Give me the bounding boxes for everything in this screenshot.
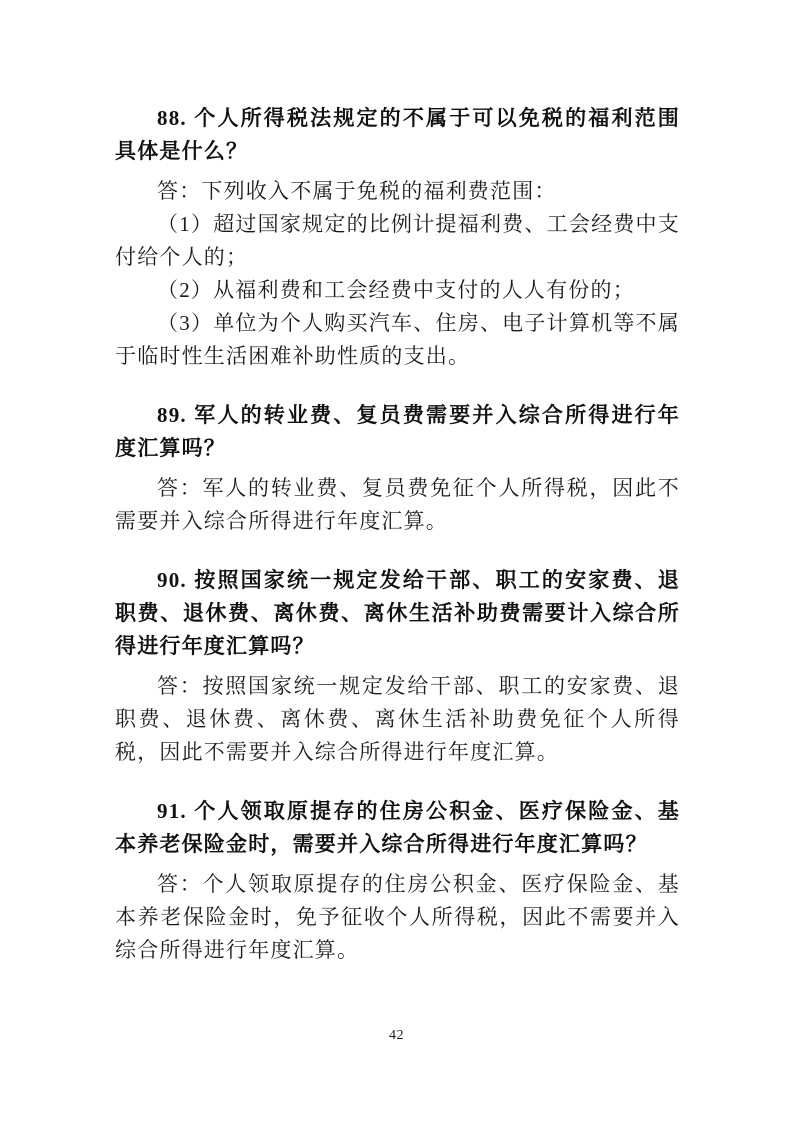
qa-section-88: 88. 个人所得税法规定的不属于可以免税的福利范围具体是什么？ 答：下列收入不属… [115,102,680,373]
question-88-heading: 88. 个人所得税法规定的不属于可以免税的福利范围具体是什么？ [115,102,680,168]
answer-88-item-1: （1）超过国家规定的比例计提福利费、工会经费中支付给个人的； [115,208,680,274]
answer-89-paragraph: 答：军人的转业费、复员费免征个人所得税，因此不需要并入综合所得进行年度汇算。 [115,472,680,538]
answer-91-paragraph: 答：个人领取原提存的住房公积金、医疗保险金、基本养老保险金时，免予征收个人所得税… [115,868,680,967]
page-number: 42 [389,1028,404,1043]
answer-88-intro: 答：下列收入不属于免税的福利费范围： [115,175,680,208]
qa-section-89: 89. 军人的转业费、复员费需要并入综合所得进行年度汇算吗？ 答：军人的转业费、… [115,399,680,538]
qa-section-91: 91. 个人领取原提存的住房公积金、医疗保险金、基本养老保险金时，需要并入综合所… [115,795,680,967]
qa-section-90: 90. 按照国家统一规定发给干部、职工的安家费、退职费、退休费、离休费、离休生活… [115,564,680,769]
page-footer: 42 [0,1026,793,1045]
document-page: 88. 个人所得税法规定的不属于可以免税的福利范围具体是什么？ 答：下列收入不属… [0,0,793,1122]
answer-88-item-2: （2）从福利费和工会经费中支付的人人有份的； [115,274,680,307]
question-89-heading: 89. 军人的转业费、复员费需要并入综合所得进行年度汇算吗？ [115,399,680,465]
page-content: 88. 个人所得税法规定的不属于可以免税的福利范围具体是什么？ 答：下列收入不属… [115,96,680,967]
answer-88-item-3: （3）单位为个人购买汽车、住房、电子计算机等不属于临时性生活困难补助性质的支出。 [115,307,680,373]
question-90-heading: 90. 按照国家统一规定发给干部、职工的安家费、退职费、退休费、离休费、离休生活… [115,564,680,663]
answer-90-paragraph: 答：按照国家统一规定发给干部、职工的安家费、退职费、退休费、离休费、离休生活补助… [115,670,680,769]
question-91-heading: 91. 个人领取原提存的住房公积金、医疗保险金、基本养老保险金时，需要并入综合所… [115,795,680,861]
